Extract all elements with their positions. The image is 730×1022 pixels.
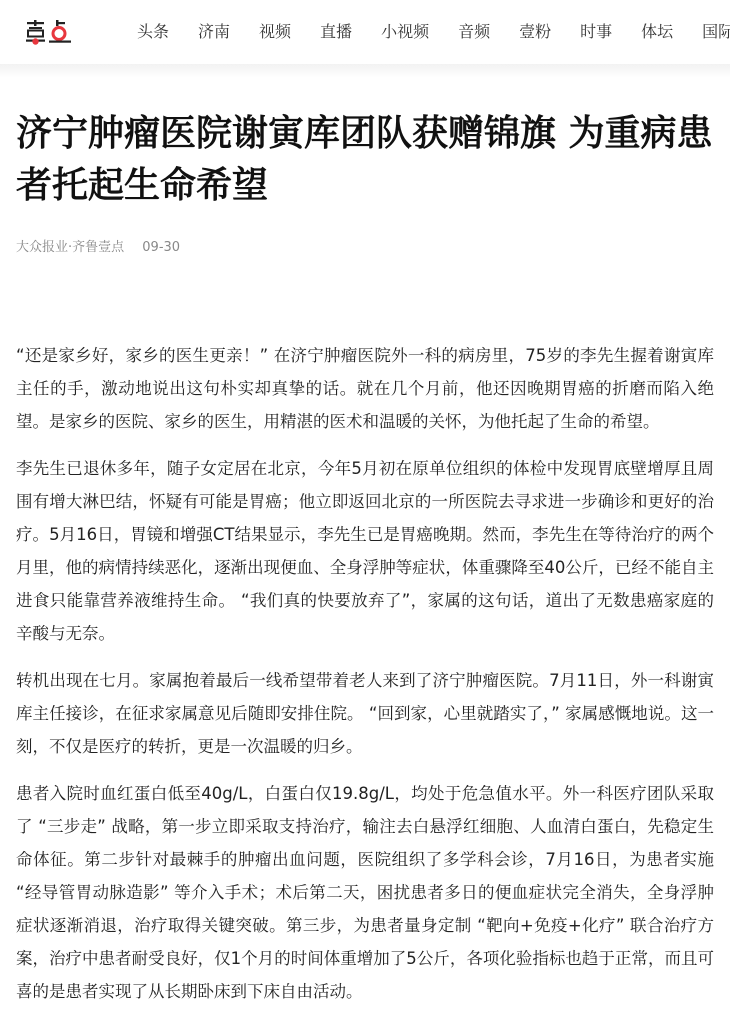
nav-item-short-video[interactable]: 小视频 bbox=[381, 22, 429, 42]
nav-item-audio[interactable]: 音频 bbox=[458, 22, 490, 42]
article-title: 济宁肿瘤医院谢寅库团队获赠锦旗 为重病患者托起生命希望 bbox=[16, 108, 714, 212]
nav-item-jinan[interactable]: 济南 bbox=[198, 22, 230, 42]
article-paragraph: “还是家乡好，家乡的医生更亲！” 在济宁肿瘤医院外一科的病房里，75岁的李先生握… bbox=[16, 339, 714, 438]
top-header: 头条 济南 视频 直播 小视频 音频 壹粉 时事 体坛 国际 bbox=[0, 0, 730, 64]
nav-item-headlines[interactable]: 头条 bbox=[137, 22, 169, 42]
nav-item-live[interactable]: 直播 bbox=[320, 22, 352, 42]
article-paragraph: 转机出现在七月。家属抱着最后一线希望带着老人来到了济宁肿瘤医院。7月11日，外一… bbox=[16, 664, 714, 763]
main-nav: 头条 济南 视频 直播 小视频 音频 壹粉 时事 体坛 国际 bbox=[137, 22, 730, 42]
article-meta: 大众报业·齐鲁壹点 09-30 bbox=[16, 236, 714, 255]
article-body: “还是家乡好，家乡的医生更亲！” 在济宁肿瘤医院外一科的病房里，75岁的李先生握… bbox=[16, 339, 714, 1008]
article-paragraph: 李先生已退休多年，随子女定居在北京，今年5月初在原单位组织的体检中发现胃底壁增厚… bbox=[16, 452, 714, 650]
logo-icon bbox=[25, 18, 75, 46]
nav-item-sports[interactable]: 体坛 bbox=[641, 22, 673, 42]
site-logo[interactable] bbox=[25, 18, 75, 46]
header-divider bbox=[0, 64, 730, 78]
nav-item-international[interactable]: 国际 bbox=[702, 22, 730, 42]
article-date: 09-30 bbox=[142, 240, 180, 255]
article-paragraph: 患者入院时血红蛋白低至40g/L，白蛋白仅19.8g/L，均处于危急值水平。外一… bbox=[16, 777, 714, 1008]
nav-item-current-affairs[interactable]: 时事 bbox=[580, 22, 612, 42]
article-source[interactable]: 大众报业·齐鲁壹点 bbox=[16, 240, 124, 255]
nav-item-video[interactable]: 视频 bbox=[259, 22, 291, 42]
nav-item-fans[interactable]: 壹粉 bbox=[519, 22, 551, 42]
